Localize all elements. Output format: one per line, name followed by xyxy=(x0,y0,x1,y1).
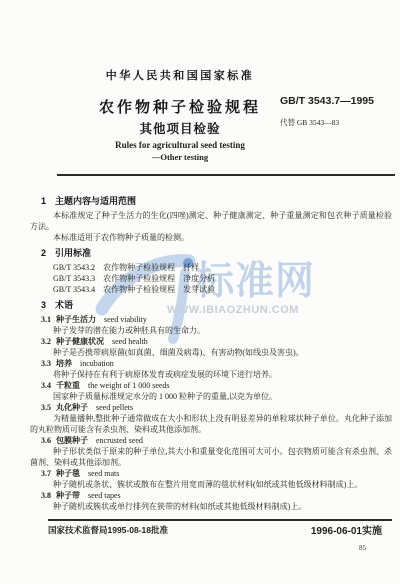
document-body: 1 主题内容与适用范围 本标准规定了种子生活力的生化(四唑)测定、种子健康测定、… xyxy=(30,191,392,512)
body-line: 种子是否携带病原菌(如真菌、细菌及病毒)、有害动物(如线虫及害虫)。 xyxy=(30,347,392,358)
effective-date: 1996-06-01实施 xyxy=(311,522,382,537)
body-line: 3.8种子带seed tapes xyxy=(41,490,392,501)
clause-number: 3.7 xyxy=(41,469,51,478)
term-english: incubation xyxy=(80,359,114,368)
clause-number: 3.4 xyxy=(41,381,51,390)
english-subtitle: —Other testing xyxy=(0,152,360,162)
body-line: 3.2种子健康状况seed health xyxy=(41,336,392,347)
line-text: 将种子保持在有利于病原体发育或病症发展的环境下进行培养。 xyxy=(53,370,277,379)
term-english: encrusted seed xyxy=(96,436,143,445)
body-line: 将种子保持在有利于病原体发育或病症发展的环境下进行培养。 xyxy=(30,369,392,380)
term-english: seed pellets xyxy=(96,403,133,412)
body-line: 3.1种子生活力seed viability xyxy=(41,314,392,325)
term-chinese: 种子毯 xyxy=(56,469,80,478)
body-line: GB/T 3543.2 农作物种子检验规程 扦样 xyxy=(53,262,392,273)
term-chinese: 种子生活力 xyxy=(56,315,96,324)
term-chinese: 丸化种子 xyxy=(56,403,88,412)
approval-note: 国家技术监督局1995-08-18批准 xyxy=(48,524,168,536)
body-line: 本标准规定了种子生活力的生化(四唑)测定、种子健康测定、种子重量测定和包衣种子质… xyxy=(30,210,392,232)
body-line: 种子随机或条状、簇状或散布在整片用宽而薄的毯状材料(如纸或其他低级材料制成)上。 xyxy=(30,479,392,490)
replaces-note: 代替 GB 3543—83 xyxy=(280,117,339,128)
body-line: 种子随机或簇状或单行排列在狭带的材料(如纸或其他低级材料制成)上。 xyxy=(30,501,392,512)
line-text: 种子随机或条状、簇状或散布在整片用宽而薄的毯状材料(如纸或其他低级材料制成)上。 xyxy=(53,480,362,489)
line-text: GB/T 3543.4 农作物种子检验规程 发芽试验 xyxy=(53,285,215,294)
document-page: 中华人民共和国国家标准 农作物种子检验规程 其他项目检验 GB/T 3543.7… xyxy=(0,0,400,584)
term-chinese: 培养 xyxy=(56,359,72,368)
term-english: seed tapes xyxy=(88,491,121,500)
line-text: 2 引用标准 xyxy=(41,248,91,258)
body-line: 3.6包膜种子encrusted seed xyxy=(41,435,392,446)
body-line: 为精量播种,整批种子通常做成在大小和形状上没有明显差异的单粒球状种子单位。丸化种… xyxy=(30,413,392,435)
body-line: 种子形状类似于原来的种子单位,其大小和重量变化范围可大可小。包衣物质可能含有杀虫… xyxy=(30,446,392,468)
clause-number: 3.5 xyxy=(41,403,51,412)
line-text: 1 主题内容与适用范围 xyxy=(41,196,136,206)
body-line: 本标准适用于农作物种子质量的检测。 xyxy=(30,232,392,243)
term-chinese: 千粒重 xyxy=(56,381,80,390)
clause-number: 3.1 xyxy=(41,315,51,324)
body-line: 2 引用标准 xyxy=(41,248,392,259)
body-line: 国家种子质量标准规定水分的 1 000 粒种子的重量,以克为单位。 xyxy=(30,391,392,402)
line-text: GB/T 3543.3 农作物种子检验规程 净度分析 xyxy=(53,274,215,283)
body-line: 3.7种子毯seed mats xyxy=(41,468,392,479)
term-english: seed viability xyxy=(104,315,147,324)
clause-number: 3.3 xyxy=(41,359,51,368)
clause-number: 3.8 xyxy=(41,491,51,500)
line-text: 种子形状类似于原来的种子单位,其大小和重量变化范围可大可小。包衣物质可能含有杀虫… xyxy=(30,447,392,467)
national-standard-label: 中华人民共和国国家标准 xyxy=(0,67,360,83)
footer-rule xyxy=(48,519,392,521)
line-text: 3 术语 xyxy=(41,300,73,310)
english-title: Rules for agricultural seed testing xyxy=(0,140,360,150)
line-text: 种子发芽的潜在能力或种胚具有的生命力。 xyxy=(53,326,205,335)
body-line: GB/T 3543.3 农作物种子检验规程 净度分析 xyxy=(53,273,392,284)
clause-number: 3.6 xyxy=(41,436,51,445)
header-rule xyxy=(57,174,395,176)
term-english: seed health xyxy=(112,337,148,346)
line-text: 本标准规定了种子生活力的生化(四唑)测定、种子健康测定、种子重量测定和包衣种子质… xyxy=(30,211,392,231)
term-english: seed mats xyxy=(88,469,119,478)
body-line: 1 主题内容与适用范围 xyxy=(41,196,392,207)
term-chinese: 种子健康状况 xyxy=(56,337,104,346)
line-text: 种子是否携带病原菌(如真菌、细菌及病毒)、有害动物(如线虫及害虫)。 xyxy=(53,348,304,357)
clause-number: 3.2 xyxy=(41,337,51,346)
standard-number: GB/T 3543.7—1995 xyxy=(280,95,374,107)
body-line: 3.5丸化种子seed pellets xyxy=(41,402,392,413)
body-line: 3.4千粒重the weight of 1 000 seeds xyxy=(41,380,392,391)
body-line: 种子发芽的潜在能力或种胚具有的生命力。 xyxy=(30,325,392,336)
body-line: 3.3培养incubation xyxy=(41,358,392,369)
body-line: 3 术语 xyxy=(41,300,392,311)
term-chinese: 包膜种子 xyxy=(56,436,88,445)
term-chinese: 种子带 xyxy=(56,491,80,500)
line-text: 国家种子质量标准规定水分的 1 000 粒种子的重量,以克为单位。 xyxy=(53,392,277,401)
line-text: 本标准适用于农作物种子质量的检测。 xyxy=(53,233,189,242)
line-text: GB/T 3543.2 农作物种子检验规程 扦样 xyxy=(53,263,199,272)
line-text: 为精量播种,整批种子通常做成在大小和形状上没有明显差异的单粒球状种子单位。丸化种… xyxy=(30,414,392,434)
body-line: GB/T 3543.4 农作物种子检验规程 发芽试验 xyxy=(53,284,392,295)
line-text: 种子随机或簇状或单行排列在狭带的材料(如纸或其他低级材料制成)上。 xyxy=(53,502,306,511)
term-english: the weight of 1 000 seeds xyxy=(88,381,170,390)
page-number: 85 xyxy=(359,544,366,552)
